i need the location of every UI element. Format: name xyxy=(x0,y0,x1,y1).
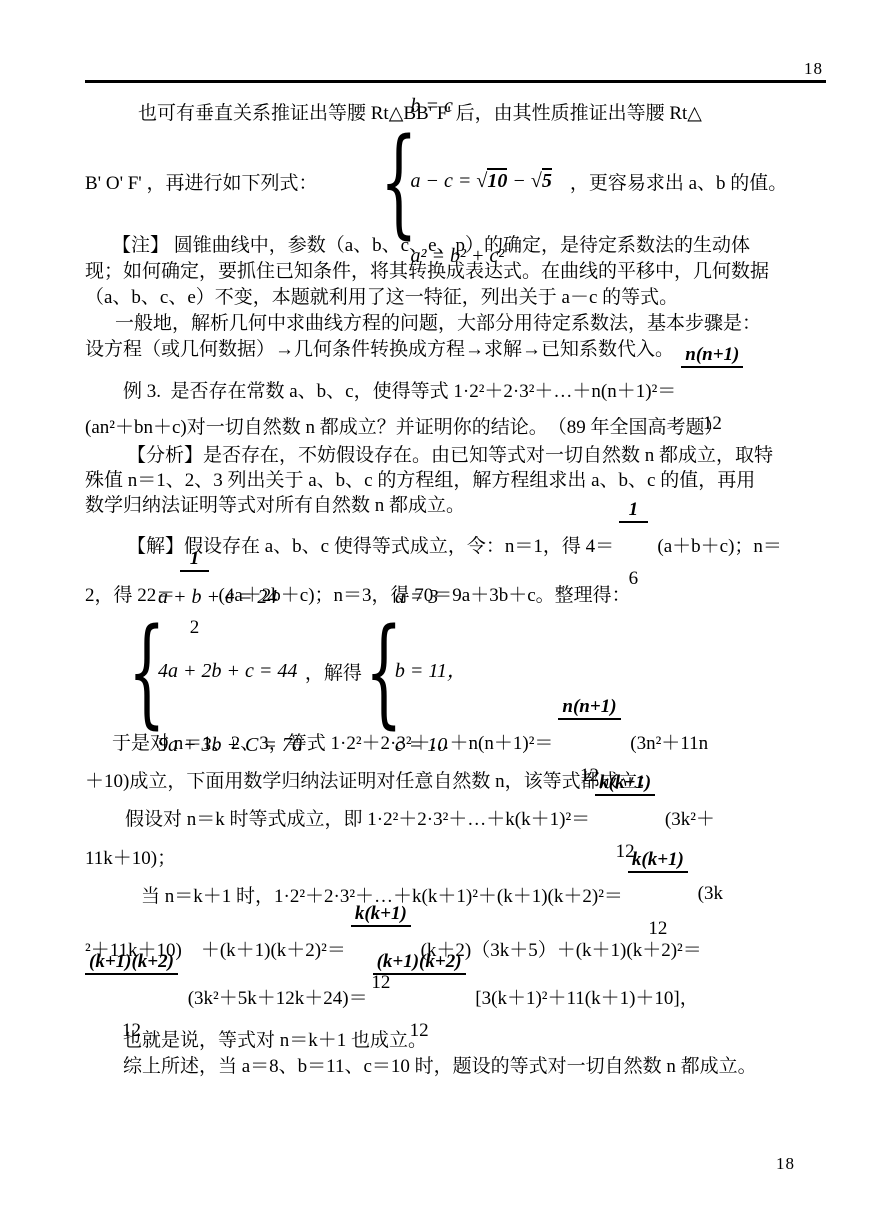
system-brace: { xyxy=(380,136,395,226)
equation-line: b = c xyxy=(410,91,551,122)
document-page: 18 也可有垂直关系推证出等腰 Rt△BB' F' 后，由其性质推证出等腰 Rt… xyxy=(0,0,869,1229)
note-line2: 现；如何确定，要抓住已知条件，将其转换成表达式。在曲线的平移中，几何数据 xyxy=(85,261,769,283)
example3-line2: (an²＋bn＋c)对一切自然数 n 都成立？并证明你的结论。 （89 年全国高… xyxy=(85,417,723,439)
analysis-line1: 【分析】是否存在，不妨假设存在。由已知等式对一切自然数 n 都成立，取特 xyxy=(127,445,773,467)
sqrt-icon: √ xyxy=(476,170,487,192)
fraction-numerator: n(n+1) xyxy=(681,344,743,368)
note-line1: 【注】 圆锥曲线中，参数（a、b、c、e、p）的确定，是待定系数法的生动体 xyxy=(112,235,750,257)
induction-line2: ＋10)成立，下面用数学归纳法证明对任意自然数 n，该等式都成立： xyxy=(85,771,657,793)
general-line1: 一般地，解析几何中求曲线方程的问题，大部分用待定系数法，基本步骤是： xyxy=(115,313,761,335)
sqrt-icon: √ xyxy=(531,170,542,192)
equation-stack-left: a + b + c = 24 4a + 2b + c = 44 9a + 3b … xyxy=(158,538,302,804)
para1-line2-suffix: ，更容易求出 a、b 的值。 xyxy=(570,168,787,195)
page-number-top: 18 xyxy=(804,59,823,79)
fraction-numerator: (k+1)(k+2) xyxy=(373,951,466,975)
para1-line2-prefix: B' O' F' ，再进行如下列式： xyxy=(85,168,317,195)
para1-equation-cluster: B' O' F' ，再进行如下列式： { b = c a − c = √10 −… xyxy=(85,133,787,229)
analysis-line2: 殊值 n＝1、2、3 列出关于 a、b、c 的方程组，解方程组求出 a、b、c … xyxy=(85,470,755,492)
system-brace: { xyxy=(128,626,143,716)
equation-line: 4a + 2b + c = 44 xyxy=(158,656,302,686)
induction-line4: 11k＋10)； xyxy=(85,848,176,870)
system-brace: { xyxy=(365,626,380,716)
equation-line-radical: a − c = √10 − √5 xyxy=(410,166,551,197)
equation-line: a = 3 xyxy=(395,582,467,612)
induction-line8: 也就是说，等式对 n＝k＋1 也成立。 xyxy=(123,1030,427,1052)
note-line3: （a、b、c、e）不变，本题就利用了这一特征，列出关于 a－c 的等式。 xyxy=(85,287,678,309)
equation-system-block: { a + b + c = 24 4a + 2b + c = 44 9a + 3… xyxy=(128,624,467,718)
fraction-numerator: n(n+1) xyxy=(558,696,620,720)
equation-stack-right: a = 3 b = 11， c = 10 xyxy=(395,538,467,804)
induction-line7: (k+1)(k+2) 12 (3k²＋5k＋12k＋24)＝ (k+1)(k+2… xyxy=(85,973,699,1019)
fraction-numerator: (k+1)(k+2) xyxy=(85,951,178,975)
equation-line: a + b + c = 24 xyxy=(158,582,302,612)
general-line2: 设方程（或几何数据）→几何条件转换成方程→求解→已知系数代入。 xyxy=(85,339,674,361)
page-number-bottom: 18 xyxy=(776,1154,795,1174)
fraction-numerator: k(k+1) xyxy=(628,849,688,873)
conclusion-line: 综上所述，当 a＝8、b＝11、c＝10 时，题设的等式对一切自然数 n 都成立… xyxy=(123,1056,757,1078)
induction-line3: 假设对 n＝k 时等式成立，即 1·2²＋2·3²＋…＋k(k＋1)²＝ k(k… xyxy=(125,796,715,838)
analysis-line3: 数学归纳法证明等式对所有自然数 n 都成立。 xyxy=(85,495,465,517)
equation-line: b = 11， xyxy=(395,656,467,686)
fraction-numerator: k(k+1) xyxy=(595,772,655,796)
system-joiner: ，解得 xyxy=(305,658,362,685)
example3-line1: 例 3. 是否存在常数 a、b、c，使得等式 1·2²＋2·3²＋…＋n(n＋1… xyxy=(123,368,748,410)
fraction-numerator: 1 xyxy=(619,499,648,523)
